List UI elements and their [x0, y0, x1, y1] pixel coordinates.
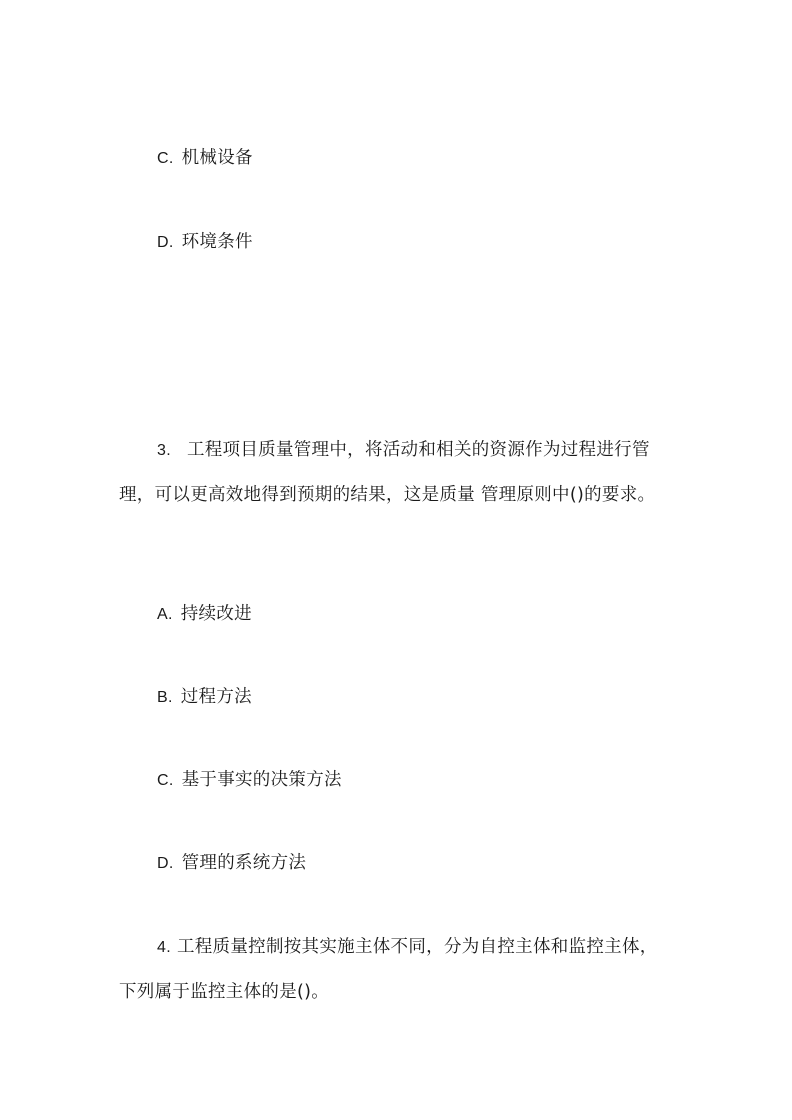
question-number: 3.: [157, 442, 171, 459]
option-text: 机械设备: [182, 148, 253, 168]
option-text: 环境条件: [182, 232, 253, 252]
option-label: C.: [157, 772, 174, 789]
option-label: C.: [157, 150, 174, 167]
option-c-prev: C.机械设备: [157, 146, 253, 171]
question-4-line-2: 下列属于监控主体的是()。: [119, 980, 329, 1004]
question-text: 下列属于监控主体的是()。: [119, 982, 329, 1002]
option-c: C.基于事实的决策方法: [157, 768, 342, 793]
option-a: A.持续改进: [157, 602, 252, 627]
option-label: D.: [157, 855, 174, 872]
question-3-line-2: 理，可以更高效地得到预期的结果，这是质量 管理原则中()的要求。: [119, 483, 655, 507]
option-d-prev: D.环境条件: [157, 230, 253, 255]
option-label: D.: [157, 234, 174, 251]
question-number: 4.: [157, 939, 171, 956]
option-label: A.: [157, 606, 173, 623]
option-text: 持续改进: [181, 604, 252, 624]
option-text: 管理的系统方法: [182, 853, 307, 873]
option-text: 基于事实的决策方法: [182, 770, 342, 790]
option-label: B.: [157, 689, 173, 706]
option-text: 过程方法: [181, 687, 252, 707]
question-3-line-1: 3.工程项目质量管理中，将活动和相关的资源作为过程进行管: [157, 438, 650, 463]
question-text: 理，可以更高效地得到预期的结果，这是质量 管理原则中()的要求。: [119, 485, 655, 505]
question-text: 工程项目质量管理中，将活动和相关的资源作为过程进行管: [187, 440, 650, 460]
option-d: D.管理的系统方法: [157, 851, 306, 876]
option-b: B.过程方法: [157, 685, 252, 710]
question-4-line-1: 4.工程质量控制按其实施主体不同，分为自控主体和监控主体，: [157, 935, 658, 960]
question-text: 工程质量控制按其实施主体不同，分为自控主体和监控主体，: [177, 937, 658, 957]
